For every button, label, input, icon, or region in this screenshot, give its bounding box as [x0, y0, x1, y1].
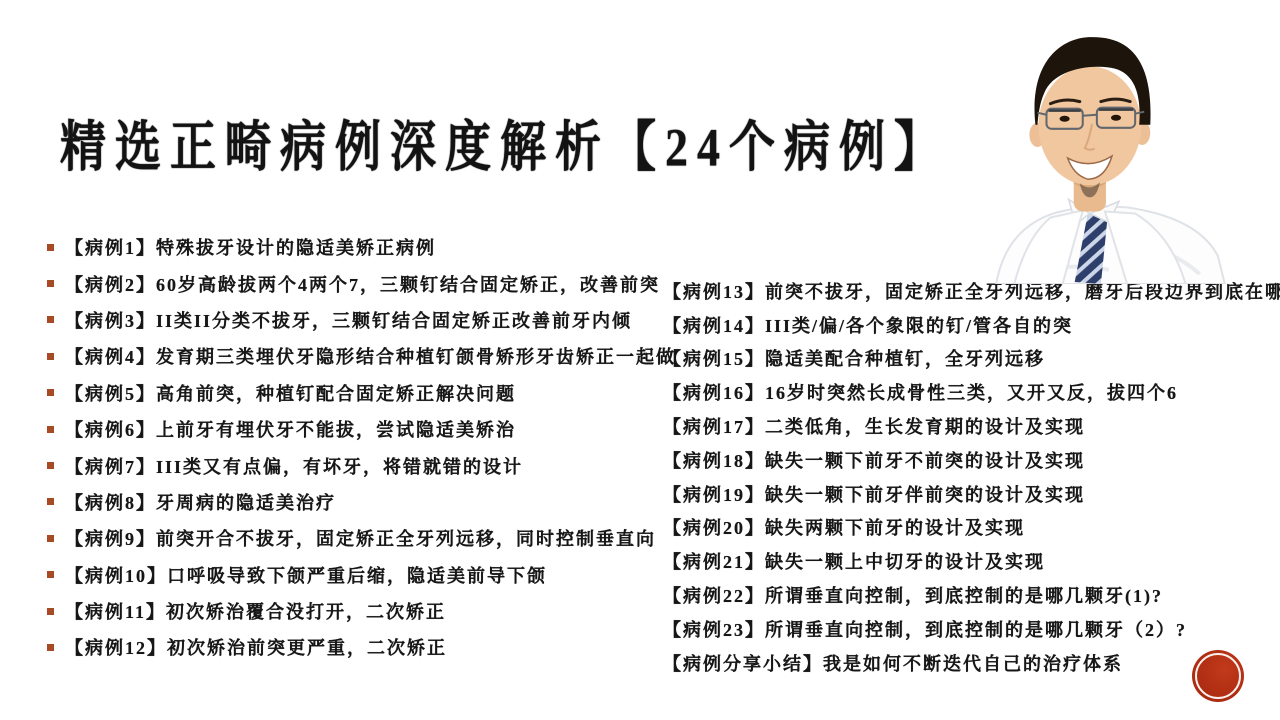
case-item-label: 【病例12】初次矫治前突更严重，二次矫正	[65, 634, 447, 660]
case-item-label: 【病例1】特殊拔牙设计的隐适美矫正病例	[65, 234, 436, 260]
list-item: 【病例21】缺失一颗上中切牙的设计及实现	[663, 544, 1278, 578]
list-item: 【病例11】初次矫治覆合没打开，二次矫正	[47, 593, 677, 629]
case-item-label: 【病例19】缺失一颗下前牙伴前突的设计及实现	[663, 481, 1085, 507]
case-item-label: 【病例17】二类低角，生长发育期的设计及实现	[663, 413, 1085, 439]
list-item: 【病例14】III类/偏/各个象限的钉/管各自的突	[663, 308, 1278, 342]
doctor-portrait-illustration	[988, 22, 1240, 284]
list-item: 【病例1】特殊拔牙设计的隐适美矫正病例	[47, 229, 677, 265]
case-item-label: 【病例6】上前牙有埋伏牙不能拔，尝试隐适美矫治	[65, 416, 516, 442]
square-bullet-icon	[47, 608, 54, 615]
list-item: 【病例3】II类II分类不拔牙，三颗钉结合固定矫正改善前牙内倾	[47, 302, 677, 338]
square-bullet-icon	[47, 426, 54, 433]
case-item-label: 【病例5】高角前突，种植钉配合固定矫正解决问题	[65, 380, 516, 406]
list-item: 【病例19】缺失一颗下前牙伴前突的设计及实现	[663, 477, 1278, 511]
case-item-label: 【病例8】牙周病的隐适美治疗	[65, 489, 336, 515]
square-bullet-icon	[47, 353, 54, 360]
case-item-label: 【病例18】缺失一颗下前牙不前突的设计及实现	[663, 447, 1085, 473]
list-item: 【病例17】二类低角，生长发育期的设计及实现	[663, 409, 1278, 443]
list-item: 【病例7】III类又有点偏，有坏牙，将错就错的设计	[47, 447, 677, 483]
case-item-label: 【病例22】所谓垂直向控制，到底控制的是哪几颗牙(1)?	[663, 582, 1163, 608]
list-item: 【病例20】缺失两颗下前牙的设计及实现	[663, 511, 1278, 545]
list-item: 【病例15】隐适美配合种植钉，全牙列远移	[663, 342, 1278, 376]
list-item: 【病例12】初次矫治前突更严重，二次矫正	[47, 629, 677, 665]
seal-inner-ring	[1195, 653, 1241, 699]
list-item: 【病例9】前突开合不拔牙，固定矫正全牙列远移，同时控制垂直向	[47, 520, 677, 556]
list-item: 【病例18】缺失一颗下前牙不前突的设计及实现	[663, 443, 1278, 477]
case-item-label: 【病例分享小结】我是如何不断迭代自己的治疗体系	[663, 650, 1123, 676]
case-item-label: 【病例2】60岁高龄拔两个4两个7，三颗钉结合固定矫正，改善前突	[65, 271, 660, 297]
eye-left	[1060, 116, 1070, 122]
case-item-label: 【病例10】口呼吸导致下颌严重后缩，隐适美前导下颌	[65, 562, 547, 588]
case-item-label: 【病例21】缺失一颗上中切牙的设计及实现	[663, 548, 1045, 574]
square-bullet-icon	[47, 571, 54, 578]
red-seal-stamp-icon	[1192, 650, 1244, 702]
list-item: 【病例6】上前牙有埋伏牙不能拔，尝试隐适美矫治	[47, 411, 677, 447]
list-item: 【病例16】16岁时突然长成骨性三类，又开又反，拔四个6	[663, 375, 1278, 409]
case-list-left: 【病例1】特殊拔牙设计的隐适美矫正病例 【病例2】60岁高龄拔两个4两个7，三颗…	[47, 229, 677, 666]
list-item: 【病例5】高角前突，种植钉配合固定矫正解决问题	[47, 375, 677, 411]
list-item: 【病例8】牙周病的隐适美治疗	[47, 484, 677, 520]
square-bullet-icon	[47, 280, 54, 287]
case-item-label: 【病例3】II类II分类不拔牙，三颗钉结合固定矫正改善前牙内倾	[65, 307, 632, 333]
list-item: 【病例22】所谓垂直向控制，到底控制的是哪几颗牙(1)?	[663, 578, 1278, 612]
square-bullet-icon	[47, 535, 54, 542]
list-item: 【病例分享小结】我是如何不断迭代自己的治疗体系	[663, 646, 1278, 680]
square-bullet-icon	[47, 462, 54, 469]
doctor-portrait-photo	[988, 22, 1240, 284]
case-item-label: 【病例23】所谓垂直向控制，到底控制的是哪几颗牙（2）?	[663, 616, 1187, 642]
case-item-label: 【病例16】16岁时突然长成骨性三类，又开又反，拔四个6	[663, 379, 1178, 405]
list-item: 【病例10】口呼吸导致下颌严重后缩，隐适美前导下颌	[47, 557, 677, 593]
square-bullet-icon	[47, 389, 54, 396]
case-item-label: 【病例20】缺失两颗下前牙的设计及实现	[663, 514, 1025, 540]
list-item: 【病例4】发育期三类埋伏牙隐形结合种植钉颌骨矫形牙齿矫正一起做	[47, 338, 677, 374]
eye-right	[1111, 115, 1121, 121]
square-bullet-icon	[47, 316, 54, 323]
list-item: 【病例23】所谓垂直向控制，到底控制的是哪几颗牙（2）?	[663, 612, 1278, 646]
case-item-label: 【病例7】III类又有点偏，有坏牙，将错就错的设计	[65, 453, 523, 479]
presentation-slide: 精选正畸病例深度解析【24个病例】 【病例1】特殊拔牙设计的隐适美矫正病例 【病…	[0, 0, 1280, 720]
case-item-label: 【病例9】前突开合不拔牙，固定矫正全牙列远移，同时控制垂直向	[65, 525, 656, 551]
case-list-right: 【病例13】前突不拔牙，固定矫正全牙列远移，磨牙后段边界到底在哪 【病例14】I…	[663, 274, 1278, 680]
case-item-label: 【病例15】隐适美配合种植钉，全牙列远移	[663, 345, 1045, 371]
page-title: 精选正畸病例深度解析【24个病例】	[60, 104, 949, 182]
case-item-label: 【病例11】初次矫治覆合没打开，二次矫正	[65, 598, 446, 624]
square-bullet-icon	[47, 498, 54, 505]
square-bullet-icon	[47, 244, 54, 251]
list-item: 【病例2】60岁高龄拔两个4两个7，三颗钉结合固定矫正，改善前突	[47, 265, 677, 301]
case-item-label: 【病例4】发育期三类埋伏牙隐形结合种植钉颌骨矫形牙齿矫正一起做	[65, 343, 676, 369]
case-item-label: 【病例14】III类/偏/各个象限的钉/管各自的突	[663, 312, 1073, 338]
square-bullet-icon	[47, 644, 54, 651]
